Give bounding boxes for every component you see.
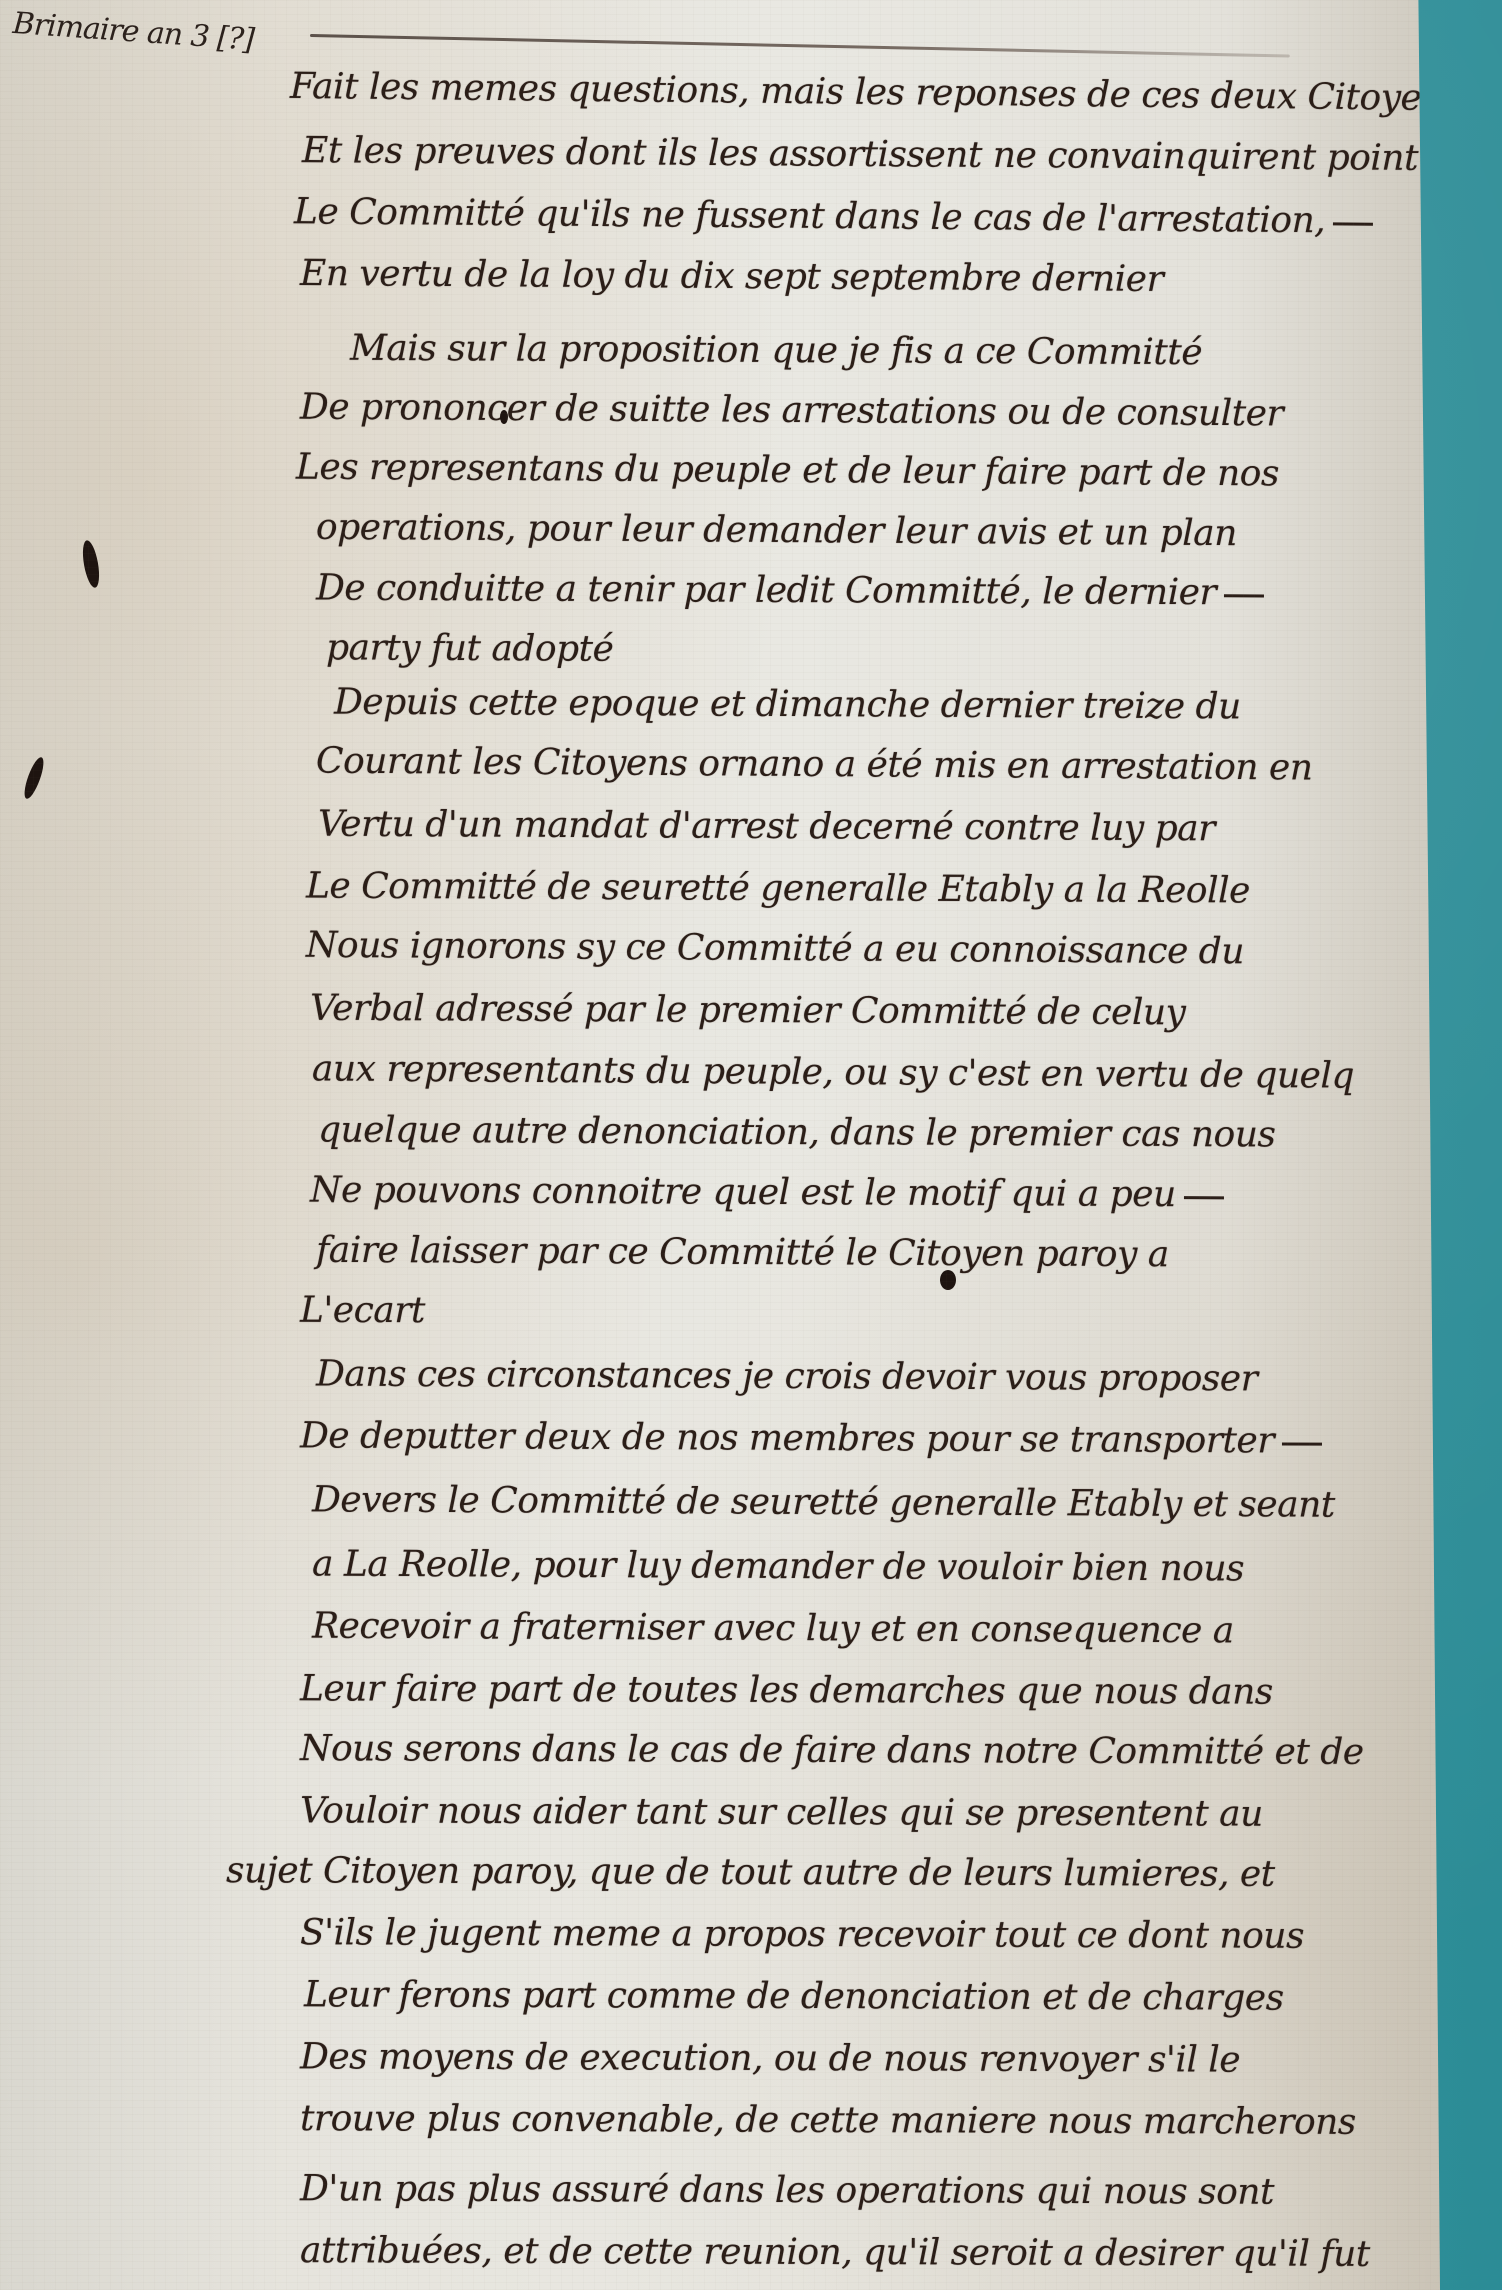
manuscript-line: quelque autre denonciation, dans le prem… bbox=[318, 1109, 1276, 1155]
manuscript-line: Nous serons dans le cas de faire dans no… bbox=[300, 1728, 1364, 1773]
manuscript-line: faire laisser par ce Committé le Citoyen… bbox=[316, 1230, 1169, 1275]
manuscript-line: Nous ignorons sy ce Committé a eu connoi… bbox=[306, 925, 1244, 973]
manuscript-line: Des moyens de execution, ou de nous renv… bbox=[300, 2036, 1240, 2080]
manuscript-line: Verbal adressé par le premier Committé d… bbox=[310, 988, 1186, 1034]
manuscript-line: Courant les Citoyens ornano a été mis en… bbox=[316, 741, 1313, 789]
manuscript-line: De conduitte a tenir par ledit Committé,… bbox=[316, 568, 1264, 614]
manuscript-line: S'ils le jugent meme a propos recevoir t… bbox=[300, 1912, 1304, 1957]
manuscript-line: L'ecart bbox=[300, 1290, 425, 1331]
manuscript-line: aux representants du peuple, ou sy c'est… bbox=[312, 1048, 1354, 1096]
manuscript-line: Ne pouvons connoitre quel est le motif q… bbox=[310, 1170, 1224, 1216]
manuscript-line: D'un pas plus assuré dans les operations… bbox=[300, 2168, 1274, 2212]
manuscript-line: Leur faire part de toutes les demarches … bbox=[300, 1668, 1273, 1712]
manuscript-line: Devers le Committé de seuretté generalle… bbox=[312, 1479, 1335, 1525]
manuscript-line: trouve plus convenable, de cette maniere… bbox=[300, 2098, 1356, 2143]
manuscript-page: Brimaire an 3 [?] Fait les memes questio… bbox=[0, 0, 1440, 2290]
manuscript-line: sujet Citoyen paroy, que de tout autre d… bbox=[226, 1850, 1275, 1895]
manuscript-line: Vouloir nous aider tant sur celles qui s… bbox=[300, 1790, 1263, 1834]
manuscript-line: party fut adopté bbox=[326, 627, 614, 670]
manuscript-line: Leur ferons part comme de denonciation e… bbox=[304, 1974, 1284, 2018]
manuscript-line: Dans ces circonstances je crois devoir v… bbox=[316, 1354, 1258, 1400]
manuscript-line: a La Reolle, pour luy demander de vouloi… bbox=[312, 1544, 1244, 1590]
manuscript-text: Fait les memes questions, mais les repon… bbox=[0, 0, 1440, 2290]
manuscript-line: Et les preuves dont ils les assortissent… bbox=[302, 130, 1418, 179]
manuscript-line: operations, pour leur demander leur avis… bbox=[316, 507, 1237, 554]
manuscript-line: Fait les memes questions, mais les repon… bbox=[290, 66, 1462, 119]
manuscript-line: Vertu d'un mandat d'arrest decerné contr… bbox=[318, 804, 1215, 850]
manuscript-line: En vertu de la loy du dix sept septembre… bbox=[300, 253, 1164, 300]
manuscript-line: Mais sur la proposition que je fis a ce … bbox=[350, 328, 1202, 373]
ink-blot bbox=[500, 410, 508, 424]
manuscript-line: Le Committé de seuretté generalle Etably… bbox=[306, 866, 1250, 912]
manuscript-line: Les representans du peuple et de leur fa… bbox=[296, 447, 1279, 495]
manuscript-line: Depuis cette epoque et dimanche dernier … bbox=[334, 682, 1241, 728]
manuscript-line: De deputter deux de nos membres pour se … bbox=[300, 1415, 1322, 1461]
manuscript-line: De prononcer de suitte les arrestations … bbox=[300, 387, 1283, 435]
manuscript-line: attribuées, et de cette reunion, qu'il s… bbox=[300, 2230, 1370, 2275]
manuscript-line: Le Committé qu'ils ne fussent dans le ca… bbox=[294, 191, 1374, 241]
manuscript-line: Recevoir a fraterniser avec luy et en co… bbox=[312, 1606, 1234, 1652]
ink-blot bbox=[940, 1270, 956, 1290]
